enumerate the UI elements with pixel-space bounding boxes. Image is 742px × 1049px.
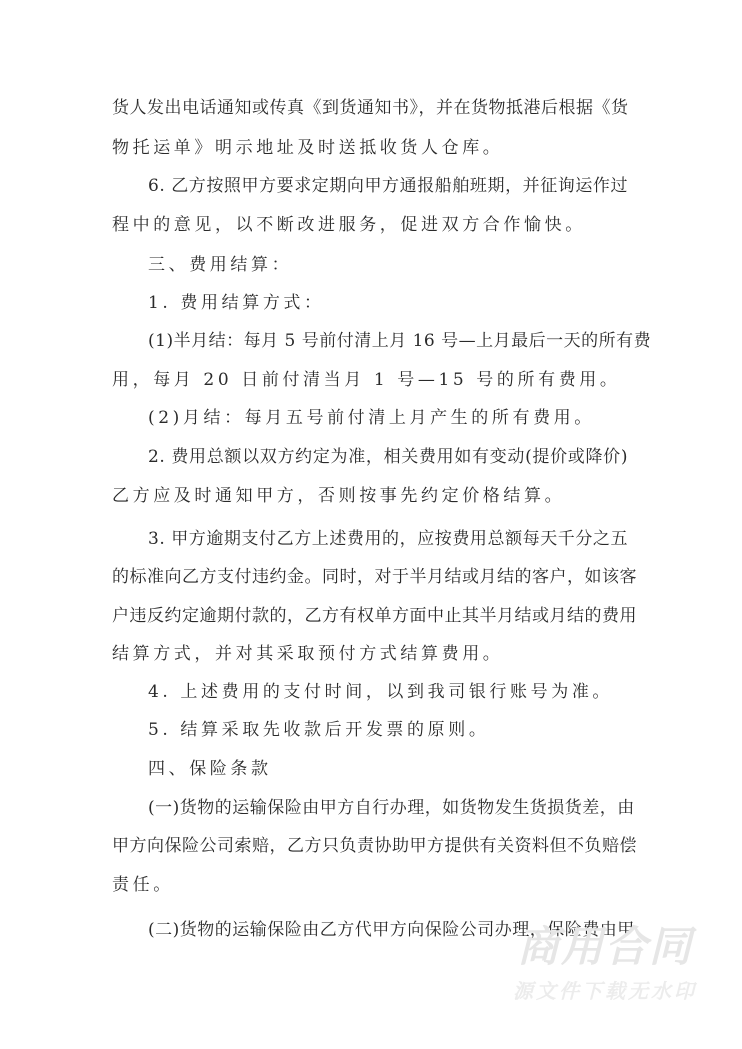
paragraph-line-12: 3. 甲方逾期支付乙方上述费用的，应按费用总额每天千分之五: [148, 526, 628, 552]
paragraph-line-15: 结算方式，并对其采取预付方式结算费用。: [112, 641, 628, 667]
paragraph-line-1: 货人发出电话通知或传真《到货通知书》，并在货物抵港后根据《货: [112, 95, 628, 121]
watermark-subtitle: 源文件下载无水印: [505, 976, 705, 1006]
paragraph-line-13: 的标准向乙方支付违约金。同时，对于半月结或月结的客户，如该客: [112, 564, 628, 590]
paragraph-line-21: 责任。: [112, 872, 628, 898]
paragraph-line-17: 5. 结算采取先收款后开发票的原则。: [148, 717, 628, 743]
paragraph-line-19: (一)货物的运输保险由甲方自行办理，如货物发生货损货差，由: [148, 795, 628, 821]
paragraph-line-3: 6. 乙方按照甲方要求定期向甲方通报船舶班期，并征询运作过: [148, 173, 628, 199]
section-heading-insurance: 四、保险条款: [148, 756, 628, 782]
paragraph-line-20: 甲方向保险公司索赔，乙方只负责协助甲方提供有关资料但不负赔偿: [112, 833, 628, 859]
paragraph-line-16: 4. 上述费用的支付时间，以到我司银行账号为准。: [148, 679, 628, 705]
paragraph-line-10: 2. 费用总额以双方约定为准，相关费用如有变动(提价或降价): [148, 444, 628, 470]
paragraph-line-4: 程中的意见，以不断改进服务，促进双方合作愉快。: [112, 212, 628, 238]
document-page: 货人发出电话通知或传真《到货通知书》，并在货物抵港后根据《货 物托运单》明示地址…: [0, 0, 742, 1049]
paragraph-line-8: 用，每月 20 日前付清当月 1 号—15 号的所有费用。: [112, 367, 628, 393]
paragraph-line-14: 户违反约定逾期付款的，乙方有权单方面中止其半月结或月结的费用: [112, 603, 628, 629]
paragraph-line-7: (1)半月结：每月 5 号前付清上月 16 号—上月最后一天的所有费: [148, 328, 628, 354]
paragraph-line-11: 乙方应及时通知甲方，否则按事先约定价格结算。: [112, 483, 628, 509]
paragraph-line-2: 物托运单》明示地址及时送抵收货人仓库。: [112, 135, 628, 161]
paragraph-line-22: (二)货物的运输保险由乙方代甲方向保险公司办理，保险费由甲: [148, 917, 628, 943]
section-heading-fee-settlement: 三、费用结算：: [148, 252, 628, 278]
clause-heading-settlement-method: 1. 费用结算方式：: [148, 290, 628, 316]
paragraph-line-9: (2)月结：每月五号前付清上月产生的所有费用。: [148, 405, 628, 431]
